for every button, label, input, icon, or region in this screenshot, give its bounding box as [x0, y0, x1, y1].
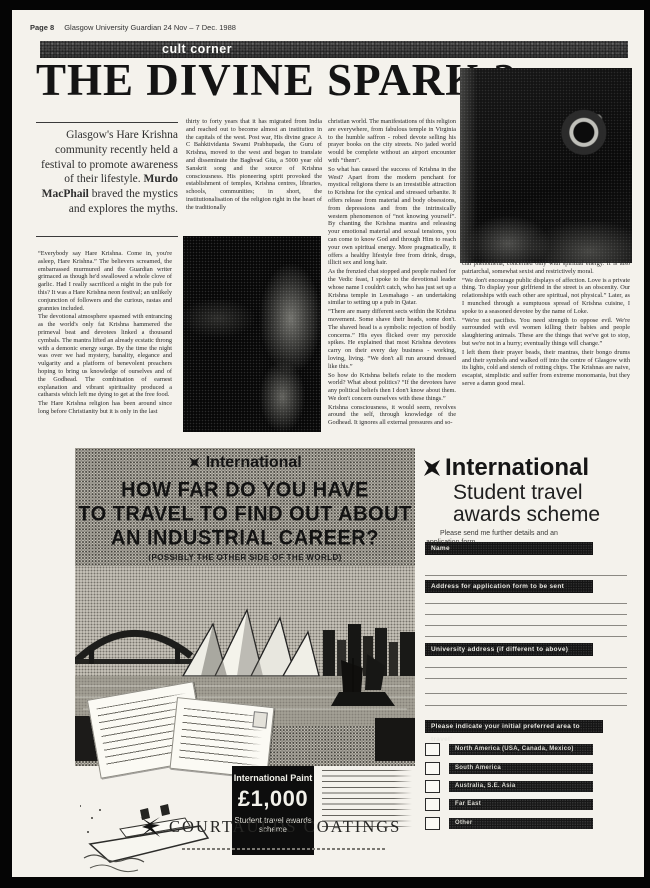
- field-label-area-prompt: Please indicate your initial preferred a…: [425, 720, 603, 733]
- issue-line: Glasgow University Guardian 24 Nov – 7 D…: [64, 23, 236, 32]
- advert-brand-label: International: [206, 454, 302, 471]
- checkbox: [425, 743, 440, 756]
- article-paragraph: The Hare Krishna religion has been aroun…: [38, 400, 172, 416]
- option-label: Far East: [449, 799, 593, 810]
- article-paragraph: “We don't encourage public displays of a…: [462, 277, 630, 316]
- article-paragraph: The devotional atmosphere spasmed with e…: [38, 313, 172, 399]
- checkbox: [425, 798, 440, 811]
- standfirst: Glasgow's Hare Krishna community recentl…: [36, 128, 178, 217]
- article-paragraph: So how do Krishna beliefs relate to the …: [328, 372, 456, 403]
- advert-brand: International: [75, 454, 415, 472]
- article-paragraph: cial phenomena, concerned only with spir…: [462, 260, 630, 276]
- write-line: [425, 705, 627, 706]
- article-column-1: “Everybody say Hare Krishna. Come in, yo…: [38, 250, 172, 480]
- advert-headline-line2: TO TRAVEL TO FIND OUT ABOUT: [75, 503, 415, 525]
- article-paragraph: So what has caused the success of Krishn…: [328, 166, 456, 267]
- courtaulds-label: COURTAULDS COATINGS: [169, 817, 401, 837]
- option-label: Other: [449, 818, 593, 829]
- stamp: [252, 711, 268, 728]
- travel-option-row: North America (USA, Canada, Mexico): [425, 743, 593, 756]
- international-logo-icon: [188, 456, 201, 469]
- checkbox: [425, 780, 440, 793]
- article-photo-statue: [183, 236, 321, 432]
- coupon-brand: International: [422, 455, 589, 481]
- advert-subhead: (POSSIBLY THE OTHER SIDE OF THE WORLD): [75, 553, 415, 562]
- write-line: [425, 625, 627, 626]
- newspaper-page: Page 8Glasgow University Guardian 24 Nov…: [12, 10, 644, 877]
- article-column-3: christian world. The manifestations of t…: [328, 118, 456, 448]
- article-paragraph: “There are many different sects within t…: [328, 308, 456, 370]
- coupon-title-line2: awards scheme: [453, 504, 600, 526]
- travel-option-row: Other: [425, 817, 593, 830]
- write-line: [425, 693, 627, 694]
- option-label: North America (USA, Canada, Mexico): [449, 744, 593, 755]
- page-number: Page 8: [30, 23, 54, 32]
- field-label-name: Name: [425, 542, 593, 555]
- coupon-title-line1: Student travel: [453, 482, 583, 504]
- standfirst-rule-bottom: [36, 236, 178, 237]
- article-photo-deity: [460, 68, 632, 263]
- article-paragraph: christian world. The manifestations of t…: [328, 118, 456, 165]
- option-label: South America: [449, 763, 593, 774]
- write-line: [425, 603, 627, 604]
- write-line: [425, 614, 627, 615]
- travel-option-row: Australia, S.E. Asia: [425, 780, 593, 793]
- advert-headline-line3: AN INDUSTRIAL CAREER?: [75, 527, 415, 549]
- article-column-2: thirty to forty years that it has migrat…: [186, 118, 322, 244]
- courtaulds-brand: COURTAULDS COATINGS: [138, 816, 401, 838]
- write-line: [425, 667, 627, 668]
- ad-coupon: International Student travel awards sche…: [420, 455, 632, 845]
- write-line: [425, 636, 627, 637]
- field-label-university: University address (if different to abov…: [425, 643, 593, 656]
- checkbox: [425, 762, 440, 775]
- travel-option-row: South America: [425, 762, 593, 775]
- international-logo-icon: [422, 458, 442, 478]
- handwriting-lines: [179, 708, 265, 767]
- courtaulds-logo-icon: [138, 816, 162, 838]
- standfirst-rule-top: [36, 122, 178, 123]
- article-paragraph: As the frenzied chat stopped and people …: [328, 268, 456, 307]
- prize-amount: £1,000: [232, 787, 314, 811]
- advert-left-block: International HOW FAR DO YOU HAVE TO TRA…: [75, 448, 415, 877]
- article-paragraph: thirty to forty years that it has migrat…: [186, 118, 322, 212]
- prize-brand: International Paint: [232, 766, 314, 783]
- article-paragraph: “We're not pacifists. You need strength …: [462, 317, 630, 348]
- article-headline: THE DIVINE SPARK ?: [36, 58, 517, 103]
- article-column-4: cial phenomena, concerned only with spir…: [462, 260, 630, 452]
- section-banner-label: cult corner: [162, 42, 232, 56]
- article-paragraph: “Everybody say Hare Krishna. Come in, yo…: [38, 250, 172, 312]
- travel-option-row: Far East: [425, 798, 593, 811]
- fine-print-line: [182, 848, 387, 850]
- option-label: Australia, S.E. Asia: [449, 781, 593, 792]
- masthead: Page 8Glasgow University Guardian 24 Nov…: [30, 23, 236, 32]
- coupon-brand-label: International: [445, 454, 589, 481]
- field-label-address: Address for application form to be sent: [425, 580, 593, 593]
- article-paragraph: Krishna consciousness, it would seem, re…: [328, 404, 456, 427]
- write-line: [425, 575, 627, 576]
- write-line: [425, 678, 627, 679]
- checkbox: [425, 817, 440, 830]
- advert-headline-line1: HOW FAR DO YOU HAVE: [75, 479, 415, 501]
- prize-box: International Paint £1,000 Student trave…: [232, 766, 314, 855]
- article-paragraph: I left them their prayer beads, their ma…: [462, 349, 630, 388]
